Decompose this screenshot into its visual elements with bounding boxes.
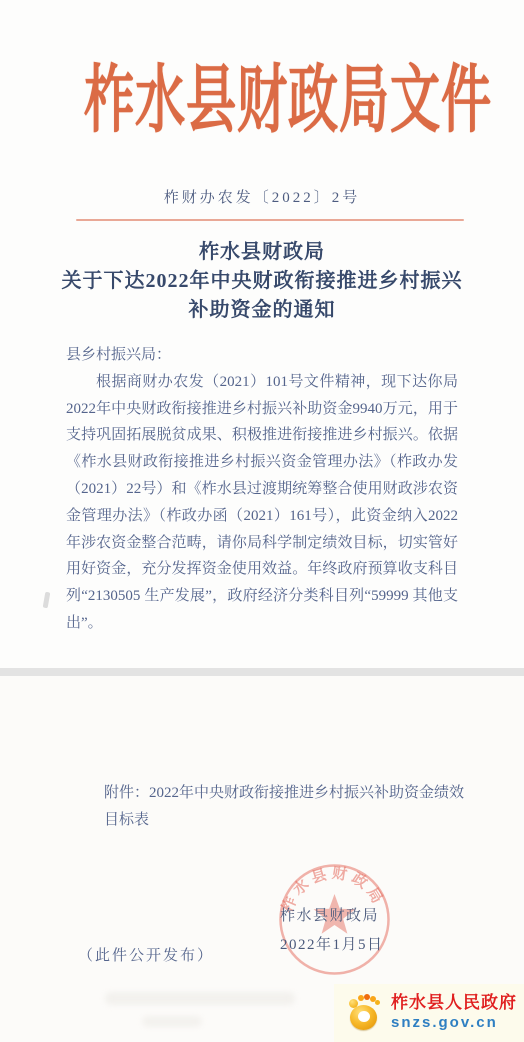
document-title-line-3: 补助资金的通知: [0, 296, 524, 325]
document-body: 县乡村振兴局： 根据商财办农发（2021）101号文件精神，现下达你局2022年…: [66, 342, 458, 637]
bleed-through-artifact: [105, 992, 295, 1005]
page-seam-divider: [0, 668, 524, 676]
red-divider-line: [76, 219, 464, 221]
footprint-pad-hole: [358, 1011, 370, 1022]
body-paragraph: 根据商财办农发（2021）101号文件精神，现下达你局2022年中央财政衔接推进…: [66, 369, 458, 637]
footprint-toe-icon: [375, 1000, 380, 1005]
signature-block: 柞水县财政局 2022年1月5日: [280, 902, 384, 960]
gov-portal-logo: 柞水县人民政府 snzs.gov.cn: [334, 984, 524, 1042]
bleed-through-artifact: [142, 1016, 202, 1027]
gov-site-url: snzs.gov.cn: [391, 1014, 521, 1031]
document-title: 柞水县财政局 关于下达2022年中央财政衔接推进乡村振兴 补助资金的通知: [0, 238, 524, 325]
gov-site-name: 柞水县人民政府: [391, 993, 521, 1012]
issuer-name: 柞水县财政局: [280, 902, 384, 931]
document-number: 柞财办农发〔2022〕2号: [0, 186, 524, 207]
footprint-logo-icon: [349, 995, 383, 1031]
document-title-line-1: 柞水县财政局: [0, 238, 524, 267]
attachment-note: 附件：2022年中央财政衔接推进乡村振兴补助资金绩效目标表: [104, 780, 466, 834]
salutation: 县乡村振兴局：: [66, 342, 458, 369]
letterhead-title: 柞水县财政局文件: [84, 64, 440, 138]
document-title-line-2: 关于下达2022年中央财政衔接推进乡村振兴: [0, 267, 524, 296]
public-release-note: （此件公开发布）: [78, 944, 214, 965]
issue-date: 2022年1月5日: [280, 931, 384, 960]
